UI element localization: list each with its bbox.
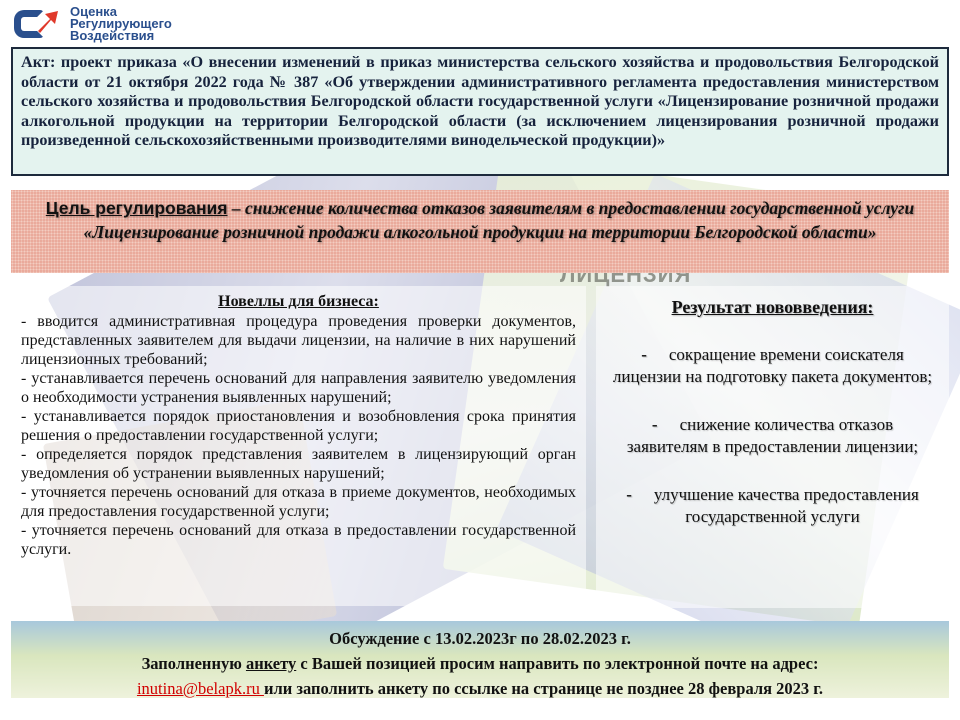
result-text: сокращение времени соискателя лицензии н… (613, 345, 932, 386)
act-description-box: Акт: проект приказа «О внесении изменени… (11, 47, 949, 176)
bullet-dash: - (652, 415, 658, 434)
ora-logo: Оценка Регулирующего Воздействия (14, 6, 172, 42)
list-item: - уточняется перечень оснований для отка… (21, 521, 576, 559)
goal-label: Цель регулирования (46, 198, 228, 218)
list-item: - устанавливается перечень оснований для… (21, 369, 576, 407)
novelties-title: Новеллы для бизнеса: (21, 292, 576, 312)
contact-line: inutina@belapk.ru или заполнить анкету п… (11, 676, 949, 701)
discussion-footer: Обсуждение с 13.02.2023г по 28.02.2023 г… (11, 621, 949, 698)
result-text: снижение количества отказов заявителям в… (627, 415, 918, 456)
goal-separator: – (228, 198, 246, 218)
discussion-period: Обсуждение с 13.02.2023г по 28.02.2023 г… (11, 626, 949, 651)
list-item: - устанавливается порядок приостановлени… (21, 407, 576, 445)
result-text: улучшение качества предоставления госуда… (654, 485, 919, 526)
list-item: - определяется порядок представления зая… (21, 445, 576, 483)
logo-arrow-icon (14, 7, 64, 41)
innovation-results-panel: Результат нововведения: -сокращение врем… (596, 286, 949, 608)
list-item: -улучшение качества предоставления госуд… (596, 484, 949, 528)
results-title: Результат нововведения: (596, 296, 949, 318)
bullet-dash: - (626, 485, 632, 504)
list-item: - вводится административная процедура пр… (21, 312, 576, 369)
novelties-list: - вводится административная процедура пр… (21, 312, 576, 559)
email-link[interactable]: inutina@belapk.ru (137, 679, 264, 698)
list-item: -снижение количества отказов заявителям … (596, 414, 949, 458)
survey-link[interactable]: анкету (246, 654, 296, 673)
survey-instructions: Заполненную анкету с Вашей позицией прос… (11, 651, 949, 676)
bullet-dash: - (641, 345, 647, 364)
list-item: - уточняется перечень оснований для отка… (21, 483, 576, 521)
act-text: Акт: проект приказа «О внесении изменени… (21, 53, 939, 149)
business-novelties-panel: Новеллы для бизнеса: - вводится админист… (11, 286, 586, 606)
list-item: -сокращение времени соискателя лицензии … (596, 344, 949, 388)
regulation-goal-box: Цель регулирования – снижение количества… (11, 190, 949, 273)
logo-text: Оценка Регулирующего Воздействия (70, 6, 172, 42)
